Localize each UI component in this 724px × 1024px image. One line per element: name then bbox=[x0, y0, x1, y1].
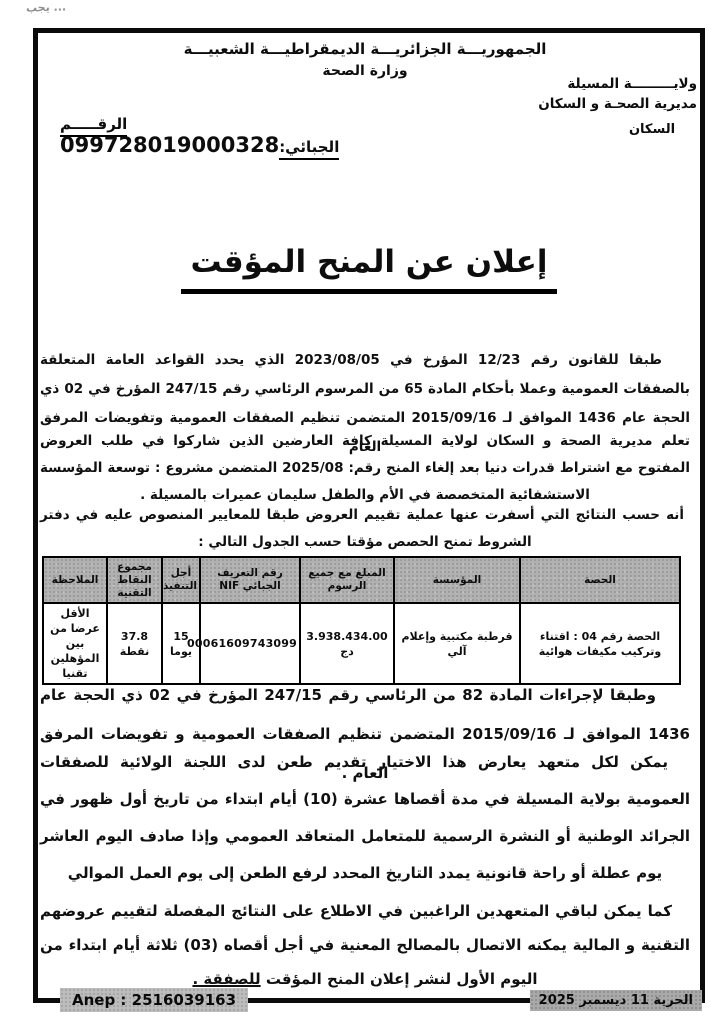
anep-reference: Anep : 2516039163 bbox=[60, 988, 248, 1012]
col-header-nif: رقم التعريف الجبائي NIF bbox=[200, 557, 300, 603]
cell-nif: 00061609743099 bbox=[200, 603, 300, 684]
contract-word-underlined: للصفقة . bbox=[192, 970, 260, 988]
paragraph-detailed-results: كما يمكن لباقي المتعهدين الراغبين في الا… bbox=[40, 894, 690, 996]
journal-name-date: الحرية 11 ديسمبر 2025 bbox=[530, 990, 702, 1011]
handwritten-note: يجب ... bbox=[26, 0, 67, 14]
tax-id-value: 099728019000328 bbox=[60, 133, 279, 157]
col-header-lot: الحصة bbox=[520, 557, 680, 603]
tax-id-line: الرقـــــم الجبائي:099728019000328 bbox=[60, 114, 360, 157]
directorate-heading: مديرية الصحـة و السكان bbox=[500, 94, 697, 114]
col-header-company: المؤسسة bbox=[394, 557, 520, 603]
table-header-row: الحصة المؤسسة المبلغ مع جميع الرسوم رقم … bbox=[43, 557, 680, 603]
cell-amount: 3.938.434.00 دج bbox=[300, 603, 394, 684]
paragraph-tender-cancellation-notice: تعلم مديرية الصحة و السكان لولاية المسيل… bbox=[40, 428, 690, 509]
wilaya-directorate-block: ولايـــــــــة المسيلة مديرية الصحـة و ا… bbox=[500, 74, 697, 114]
announcement-title: إعلان عن المنح المؤقت bbox=[33, 244, 705, 294]
cell-technical-score: 37.8 نقطة bbox=[107, 603, 162, 684]
paragraph-results-intro: أنه حسب النتائج التي أسفرت عنها عملية تق… bbox=[40, 502, 690, 556]
award-table-header: الحصة المؤسسة المبلغ مع جميع الرسوم رقم … bbox=[43, 557, 680, 603]
col-header-deadline: أجل التنفيذ bbox=[162, 557, 200, 603]
announcement-title-text: إعلان عن المنح المؤقت bbox=[181, 244, 558, 294]
cell-company: قرطبة مكتبية وإعلام آلي bbox=[394, 603, 520, 684]
paragraph-appeal-rights: يمكن لكل متعهد يعارض هذا الاختيار تقديم … bbox=[40, 744, 690, 892]
col-header-amount: المبلغ مع جميع الرسوم bbox=[300, 557, 394, 603]
cell-remark: الأقل عرضا من بين المؤهلين تقنيا bbox=[43, 603, 107, 684]
col-header-remark: الملاحظة bbox=[43, 557, 107, 603]
paragraph-detailed-results-text: كما يمكن لباقي المتعهدين الراغبين في الا… bbox=[40, 902, 690, 988]
award-table: الحصة المؤسسة المبلغ مع جميع الرسوم رقم … bbox=[42, 556, 681, 685]
cell-lot: الحصة رقم 04 : اقتناء وتركيب مكيفات هوائ… bbox=[520, 603, 680, 684]
republic-heading: الجمهوريـــة الجزائريـــة الديمقراطيـــة… bbox=[165, 40, 565, 58]
table-row: الحصة رقم 04 : اقتناء وتركيب مكيفات هوائ… bbox=[43, 603, 680, 684]
col-header-technical-score: مجموع النقاط التقنية bbox=[107, 557, 162, 603]
population-office-label: السكان bbox=[608, 122, 696, 137]
wilaya-heading: ولايـــــــــة المسيلة bbox=[500, 74, 697, 94]
